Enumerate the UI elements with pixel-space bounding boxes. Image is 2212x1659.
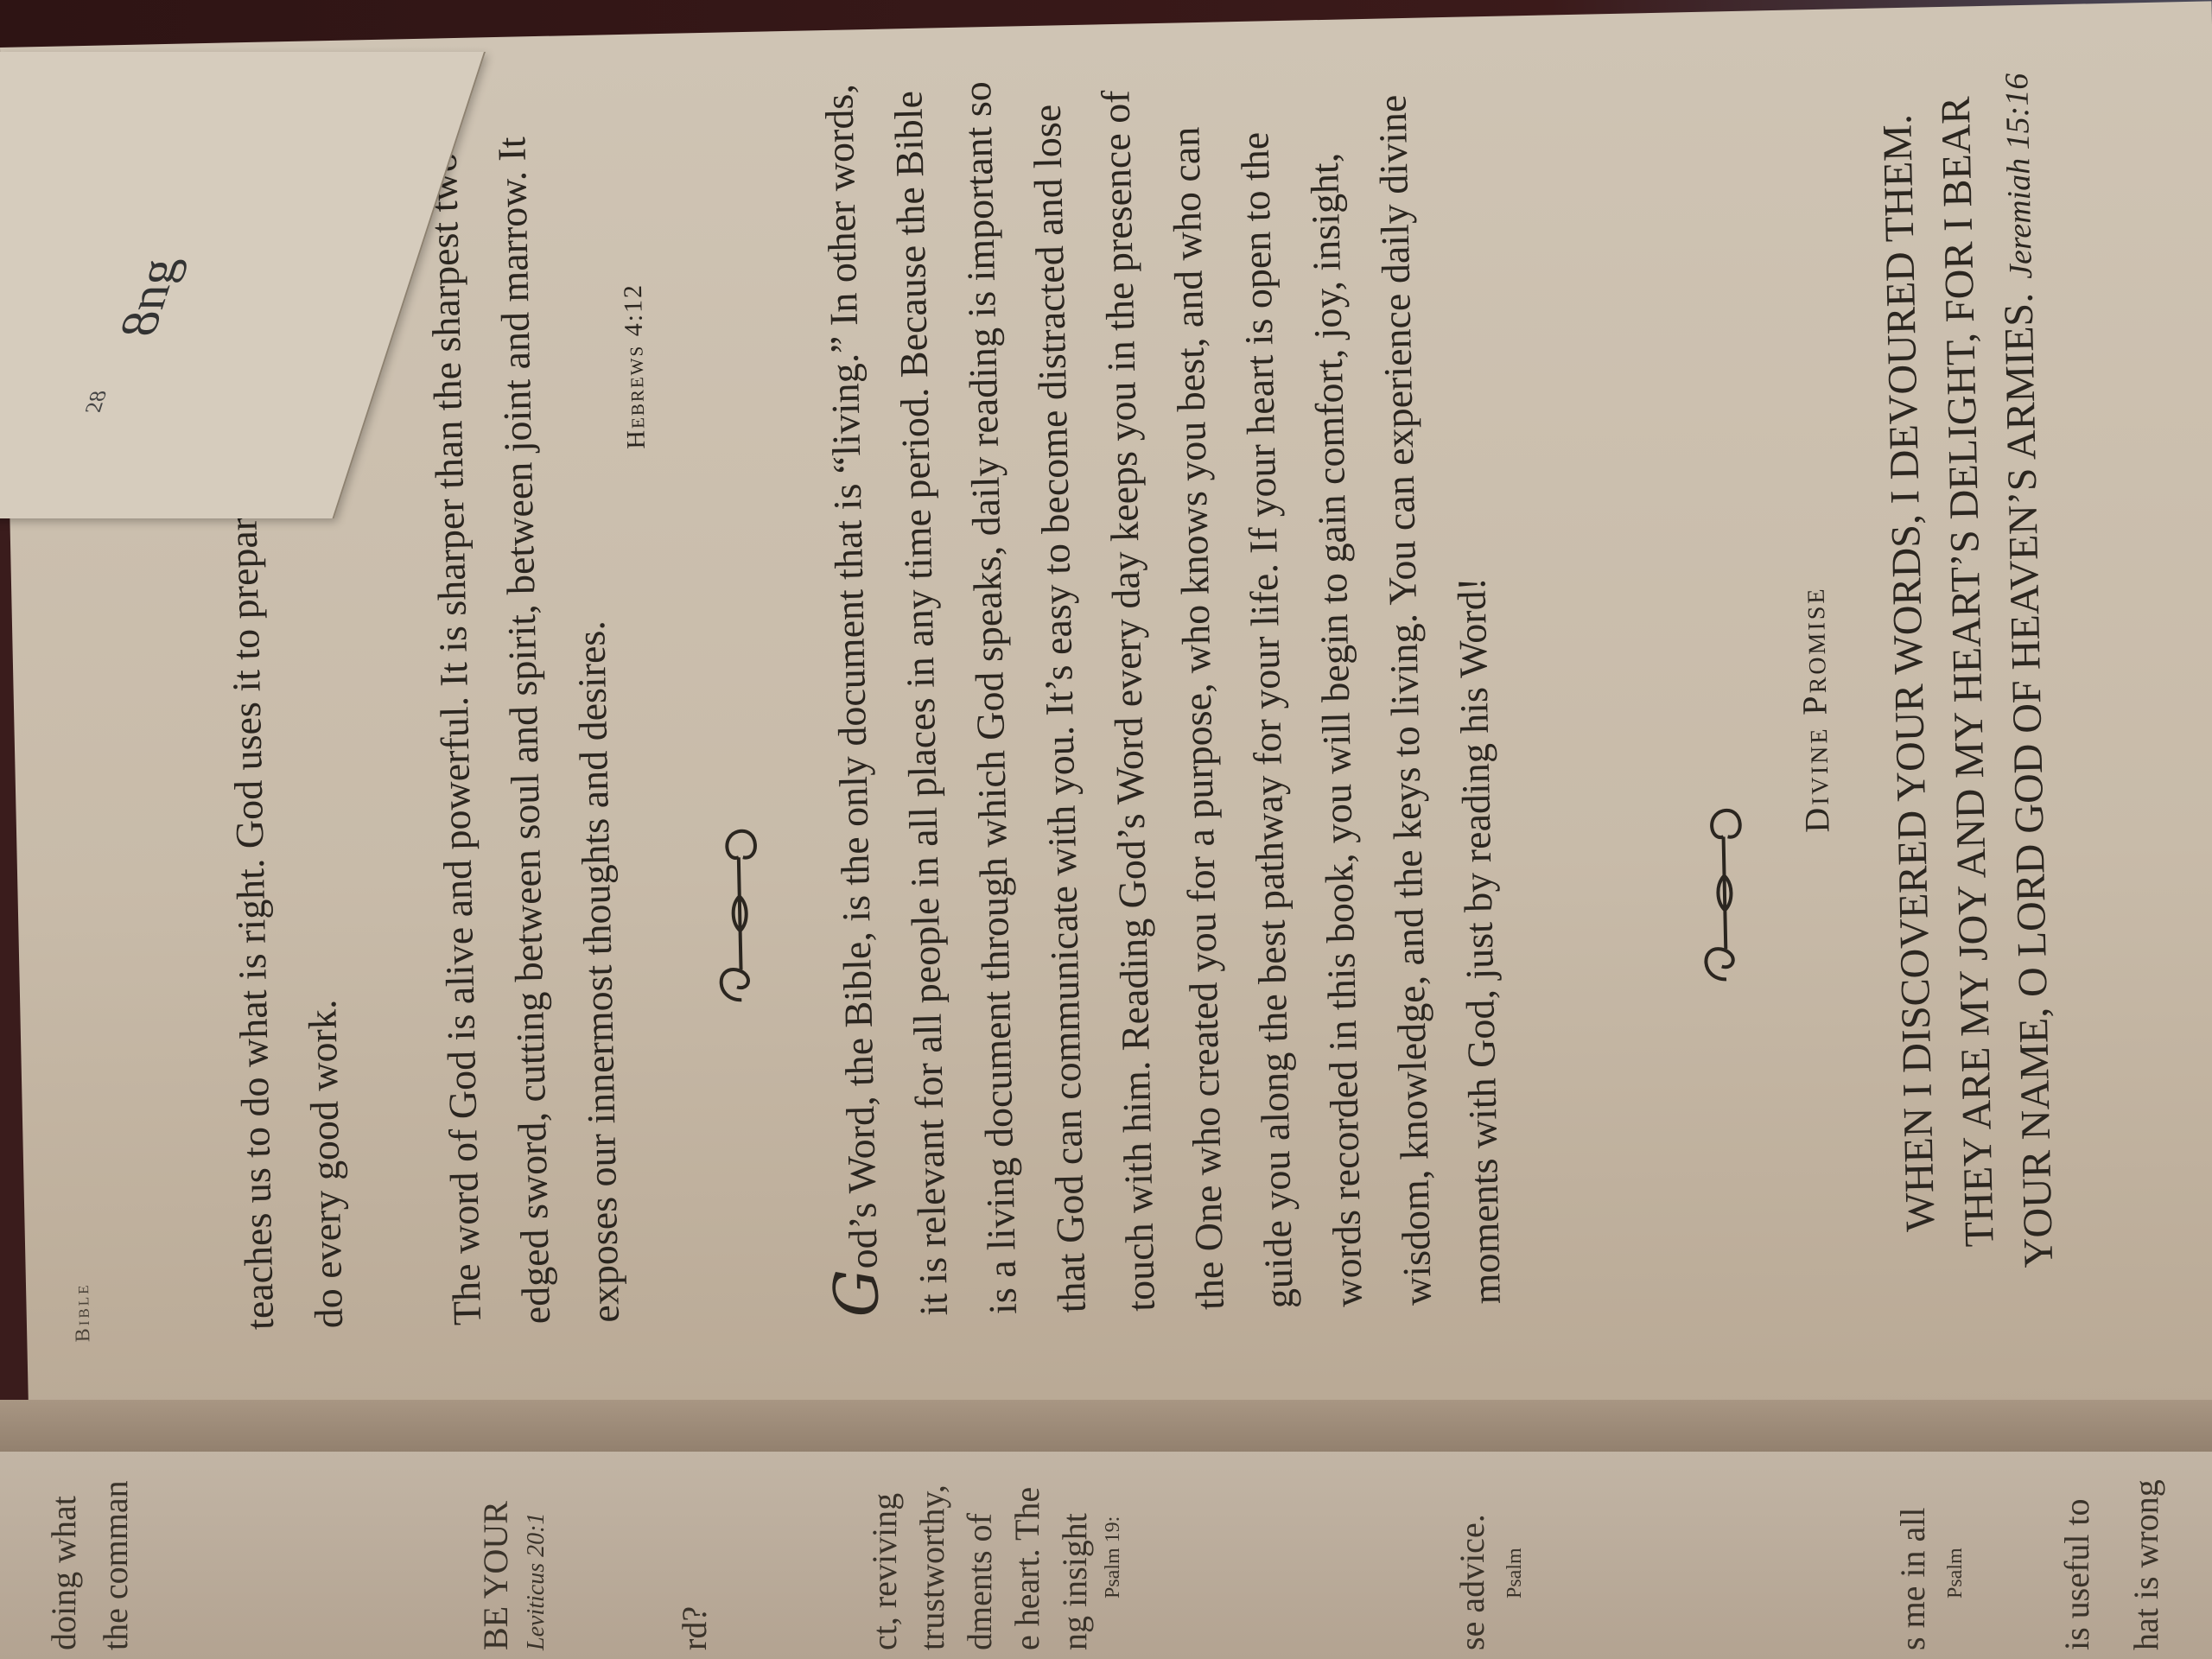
facing-fragment: BE YOUR — [475, 1501, 516, 1650]
facing-fragment: trustworthy, — [912, 1484, 952, 1650]
main-paragraph: God’s Word, the Bible, is the only docum… — [804, 68, 1522, 1318]
quote-citation: Hebrews 4:12 — [619, 283, 652, 449]
facing-fragment: e heart. The — [1007, 1487, 1047, 1650]
running-head: Bible — [71, 1282, 95, 1342]
divine-promise-text: When I discovered your words, I devoured… — [1867, 65, 2071, 1278]
facing-fragment: doing what — [43, 1496, 84, 1650]
facing-fragment: Leviticus 20:1 — [523, 1513, 550, 1650]
facing-fragment: rd? — [674, 1606, 715, 1650]
facing-fragment: the comman — [95, 1480, 136, 1650]
facing-page: doing what the comman BE YOUR Leviticus … — [0, 1452, 2212, 1659]
promise-citation: Jeremiah 15:16 — [1999, 73, 2039, 279]
bookmark-number: 28 — [79, 391, 112, 413]
facing-fragment: Psalm — [1944, 1548, 1967, 1599]
facing-fragment: is useful to — [2056, 1498, 2097, 1650]
facing-fragment: hat is wrong — [2126, 1479, 2166, 1650]
main-paragraph-text: od’s Word, the Bible, is the only docume… — [817, 81, 1509, 1316]
facing-fragment: s me in all — [1892, 1507, 1933, 1650]
scripture-quote: The word of God is alive and powerful. I… — [408, 112, 640, 1326]
facing-fragment: ng insight — [1054, 1513, 1095, 1650]
drop-cap: G — [821, 1268, 893, 1319]
facing-fragment: ct, reviving — [864, 1493, 905, 1650]
flourish-ornament-icon — [699, 809, 781, 1018]
facing-fragment: Psalm 19: — [1102, 1516, 1125, 1599]
facing-fragment: se advice. — [1452, 1514, 1492, 1650]
handwritten-mark: 8ng — [106, 259, 191, 337]
divine-promise-title: Divine Promise — [1780, 10, 1850, 1410]
flourish-ornament-icon — [1683, 788, 1765, 997]
facing-fragment: Psalm — [1503, 1548, 1527, 1599]
facing-fragment: dments of — [959, 1513, 1000, 1650]
